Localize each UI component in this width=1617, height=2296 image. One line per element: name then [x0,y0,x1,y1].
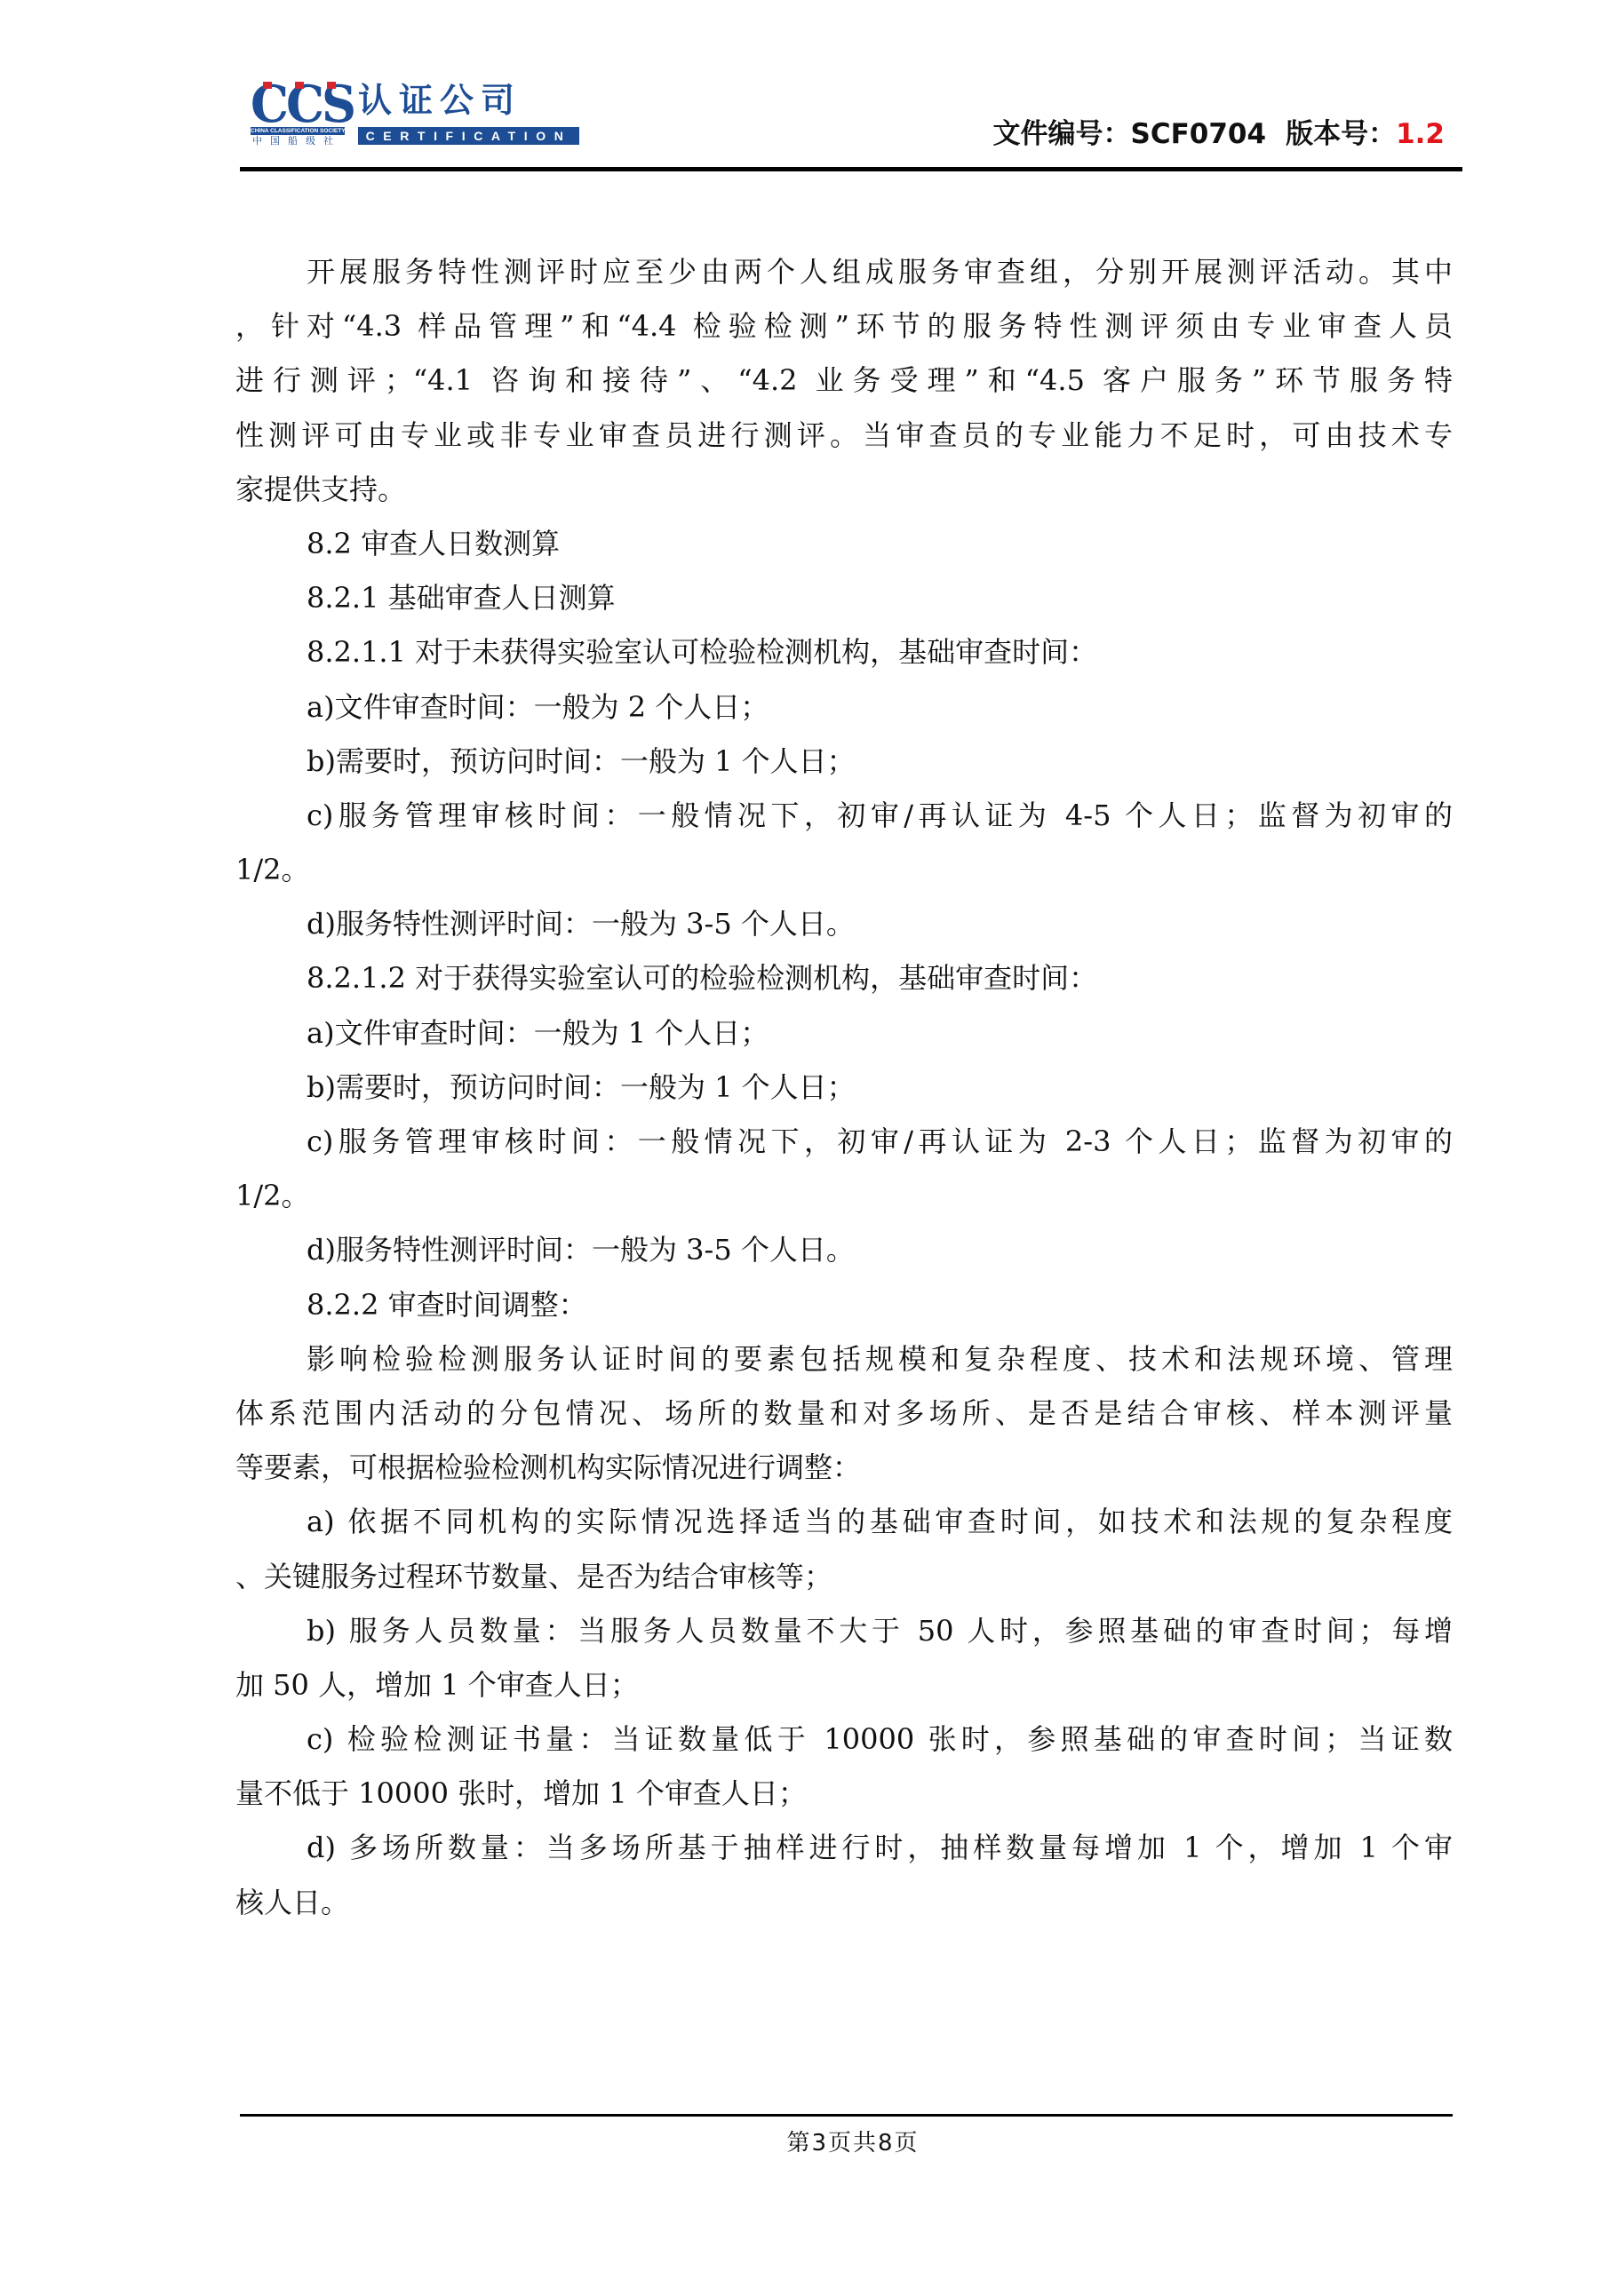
text-line: 量不低于 10000 张时，增加 1 个审查人日； [235,1767,1453,1821]
list-item: b)需要时，预访问时间：一般为 1 个人日； [235,735,1453,789]
section-heading-8-2-1: 8.2.1 基础审查人日测算 [235,571,1453,625]
text-line: 等要素，可根据检验检测机构实际情况进行调整： [235,1441,1453,1495]
document-page: CCS CHINA CLASSIFICATION SOCIETY 中国船级社 认… [0,0,1617,2296]
doc-number: SCF0704 [1131,118,1267,150]
logo-red-accent [327,82,336,89]
logo-society-cn: 中国船级社 [252,136,345,147]
logo-company-cn: 认证公司 [358,83,580,118]
text-line: 影响检验检测服务认证时间的要素包括规模和复杂程度、技术和法规环境、管理 [235,1332,1453,1386]
text-line: 开展服务特性测评时应至少由两个人组成服务审查组，分别开展测评活动。其中 [235,245,1453,299]
logo-company-en: CERTIFICATION [358,127,579,145]
text-line: 性测评可由专业或非专业审查员进行测评。当审查员的专业能力不足时，可由技术专 [235,409,1453,463]
logo-red-accent [263,82,272,89]
list-item: d)服务特性测评时间：一般为 3-5 个人日。 [235,897,1453,951]
ccs-certification-logo: CCS CHINA CLASSIFICATION SOCIETY 中国船级社 认… [249,82,586,148]
list-item: a) 依据不同机构的实际情况选择适当的基础审查时间，如技术和法规的复杂程度 [235,1495,1453,1549]
footer-divider [240,2114,1453,2117]
logo-society-en: CHINA CLASSIFICATION SOCIETY [251,127,345,135]
version-number: 1.2 [1396,118,1445,150]
list-item: b) 服务人员数量：当服务人员数量不大于 50 人时，参照基础的审查时间；每增 [235,1604,1453,1658]
text-line: 进行测评；“4.1 咨询和接待”、“4.2 业务受理”和“4.5 客户服务”环节… [235,354,1453,408]
text-line: 、关键服务过程环节数量、是否为结合审核等； [235,1550,1453,1604]
section-heading-8-2: 8.2 审查人日数测算 [235,517,1453,571]
page-number: 第3页共8页 [675,2128,1031,2158]
text-line: 家提供支持。 [235,463,1453,517]
list-item: b)需要时，预访问时间：一般为 1 个人日； [235,1061,1453,1115]
list-item: c) 检验检测证书量：当证数量低于 10000 张时，参照基础的审查时间；当证数 [235,1712,1453,1767]
document-meta: 文件编号：SCF0704版本号：1.2 [947,116,1445,152]
list-item: d)服务特性测评时间：一般为 3-5 个人日。 [235,1223,1453,1277]
text-line: 加 50 人，增加 1 个审查人日； [235,1658,1453,1712]
list-item: d) 多场所数量：当多场所基于抽样进行时，抽样数量每增加 1 个，增加 1 个审 [235,1821,1453,1875]
doc-number-label: 文件编号： [993,118,1131,150]
version-label: 版本号： [1286,118,1396,150]
text-line: 核人日。 [235,1876,1453,1930]
list-item: c)服务管理审核时间：一般情况下，初审/再认证为 2-3 个人日；监督为初审的 [235,1115,1453,1169]
section-heading-8-2-2: 8.2.2 审查时间调整： [235,1278,1453,1332]
text-line: 1/2。 [235,843,1453,897]
body-text: 开展服务特性测评时应至少由两个人组成服务审查组，分别开展测评活动。其中 ，针对“… [235,245,1453,1930]
text-line: 1/2。 [235,1169,1453,1223]
list-item: c)服务管理审核时间：一般情况下，初审/再认证为 4-5 个人日；监督为初审的 [235,789,1453,843]
logo-red-accent [295,82,304,89]
header-divider [240,167,1462,171]
section-heading-8-2-1-2: 8.2.1.2 对于获得实验室认可的检验检测机构，基础审查时间： [235,951,1453,1005]
list-item: a)文件审查时间：一般为 1 个人日； [235,1006,1453,1061]
text-line: 体系范围内活动的分包情况、场所的数量和对多场所、是否是结合审核、样本测评量 [235,1386,1453,1441]
section-heading-8-2-1-1: 8.2.1.1 对于未获得实验室认可检验检测机构，基础审查时间： [235,625,1453,679]
text-line: ，针对“4.3 样品管理”和“4.4 检验检测”环节的服务特性测评须由专业审查人… [235,299,1453,354]
list-item: a)文件审查时间：一般为 2 个人日； [235,680,1453,735]
